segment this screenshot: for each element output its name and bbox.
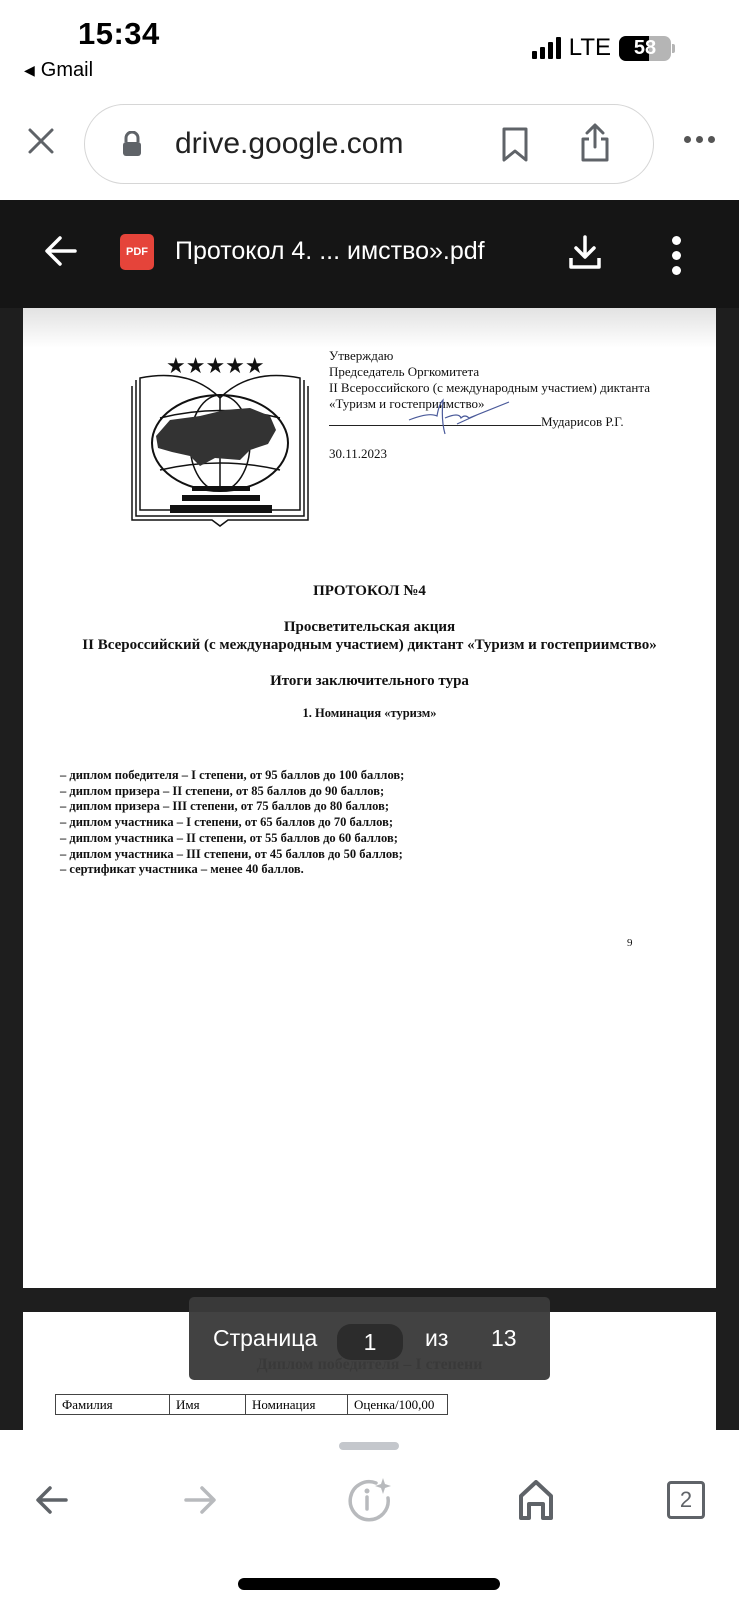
url-text[interactable]: drive.google.com <box>175 127 403 161</box>
criteria-item: – диплом победителя – I степени, от 95 б… <box>60 768 404 784</box>
approval-line-2: Председатель Оргкомитета <box>329 364 650 380</box>
signature-icon <box>399 394 519 438</box>
table-header: Имя <box>170 1395 246 1415</box>
back-app-label: Gmail <box>41 59 93 82</box>
page-insights-icon[interactable] <box>342 1472 398 1528</box>
criteria-item: – сертификат участника – менее 40 баллов… <box>60 862 404 878</box>
tabs-icon: 2 <box>667 1481 705 1519</box>
page-of-label: из <box>425 1325 448 1352</box>
nomination-heading: 1. Номинация «туризм» <box>23 706 716 721</box>
signal-icon <box>532 37 561 59</box>
page-total: 13 <box>491 1325 517 1352</box>
lock-icon <box>121 131 143 162</box>
status-time: 15:34 <box>78 16 160 52</box>
arrow-right-icon[interactable] <box>172 1472 228 1528</box>
more-vertical-icon[interactable] <box>672 236 681 275</box>
battery-icon: 58 <box>619 36 675 61</box>
network-type: LTE <box>569 34 611 62</box>
back-to-app-link[interactable]: ◀ Gmail <box>24 59 93 82</box>
criteria-item: – диплом призера – III степени, от 75 ба… <box>60 799 404 815</box>
subtitle-line-2: II Всероссийский (с международным участи… <box>23 636 716 654</box>
viewer-header: PDF Протокол 4. ... имство».pdf <box>0 200 739 308</box>
download-icon[interactable] <box>568 234 602 275</box>
back-triangle-icon: ◀ <box>24 62 35 79</box>
pdf-page-1: ★★★★★ Утверждаю Пр <box>23 308 716 1288</box>
page-number-input[interactable]: 1 <box>337 1324 403 1360</box>
arrow-left-icon[interactable] <box>44 234 78 273</box>
status-bar: 15:34 ◀ Gmail LTE 58 <box>0 0 739 96</box>
drag-handle[interactable] <box>339 1442 399 1450</box>
criteria-item: – диплом участника – I степени, от 65 ба… <box>60 815 404 831</box>
organization-logo: ★★★★★ <box>130 348 310 533</box>
battery-level: 58 <box>634 37 656 60</box>
criteria-list: – диплом победителя – I степени, от 95 б… <box>60 768 404 878</box>
browser-toolbar: drive.google.com <box>0 96 739 200</box>
page-indicator: Страница 1 из 13 <box>189 1297 550 1380</box>
table-header-row: Фамилия Имя Номинация Оценка/100,00 <box>56 1395 448 1415</box>
status-indicators: LTE 58 <box>532 34 675 62</box>
home-indicator[interactable] <box>238 1578 500 1590</box>
document-subtitle: Просветительская акция II Всероссийский … <box>23 618 716 654</box>
subtitle-line-1: Просветительская акция <box>23 618 716 636</box>
page-label: Страница <box>213 1325 317 1352</box>
more-horizontal-icon[interactable] <box>684 136 715 143</box>
bottom-toolbar: 2 <box>0 1430 739 1600</box>
pdf-viewer[interactable]: PDF Протокол 4. ... имство».pdf ★★★★★ <box>0 200 739 1430</box>
arrow-left-icon[interactable] <box>24 1472 80 1528</box>
signer-name: Мударисов Р.Г. <box>541 414 624 429</box>
approval-date: 30.11.2023 <box>329 446 650 462</box>
approval-block: Утверждаю Председатель Оргкомитета II Вс… <box>329 348 650 462</box>
svg-text:★★★★★: ★★★★★ <box>166 354 265 379</box>
share-icon[interactable] <box>579 123 611 168</box>
results-table: Фамилия Имя Номинация Оценка/100,00 <box>55 1394 448 1415</box>
tabs-button[interactable]: 2 <box>658 1472 714 1528</box>
document-page-number: 9 <box>627 937 633 949</box>
table-header: Номинация <box>246 1395 348 1415</box>
results-heading: Итоги заключительного тура <box>23 673 716 690</box>
close-icon[interactable] <box>26 126 56 156</box>
criteria-item: – диплом участника – II степени, от 55 б… <box>60 831 404 847</box>
bookmark-icon[interactable] <box>501 127 529 168</box>
approval-line-1: Утверждаю <box>329 348 650 364</box>
address-bar[interactable]: drive.google.com <box>84 104 654 184</box>
pdf-file-icon: PDF <box>120 234 154 270</box>
criteria-item: – диплом призера – II степени, от 85 бал… <box>60 784 404 800</box>
criteria-item: – диплом участника – III степени, от 45 … <box>60 847 404 863</box>
tab-count: 2 <box>680 1487 692 1513</box>
signature-line: Мударисов Р.Г. <box>329 414 650 430</box>
table-header: Фамилия <box>56 1395 170 1415</box>
home-icon[interactable] <box>508 1472 564 1528</box>
table-header: Оценка/100,00 <box>348 1395 448 1415</box>
screen: 15:34 ◀ Gmail LTE 58 <box>0 0 739 1600</box>
document-title: ПРОТОКОЛ №4 <box>23 583 716 600</box>
file-name: Протокол 4. ... имство».pdf <box>175 237 485 266</box>
